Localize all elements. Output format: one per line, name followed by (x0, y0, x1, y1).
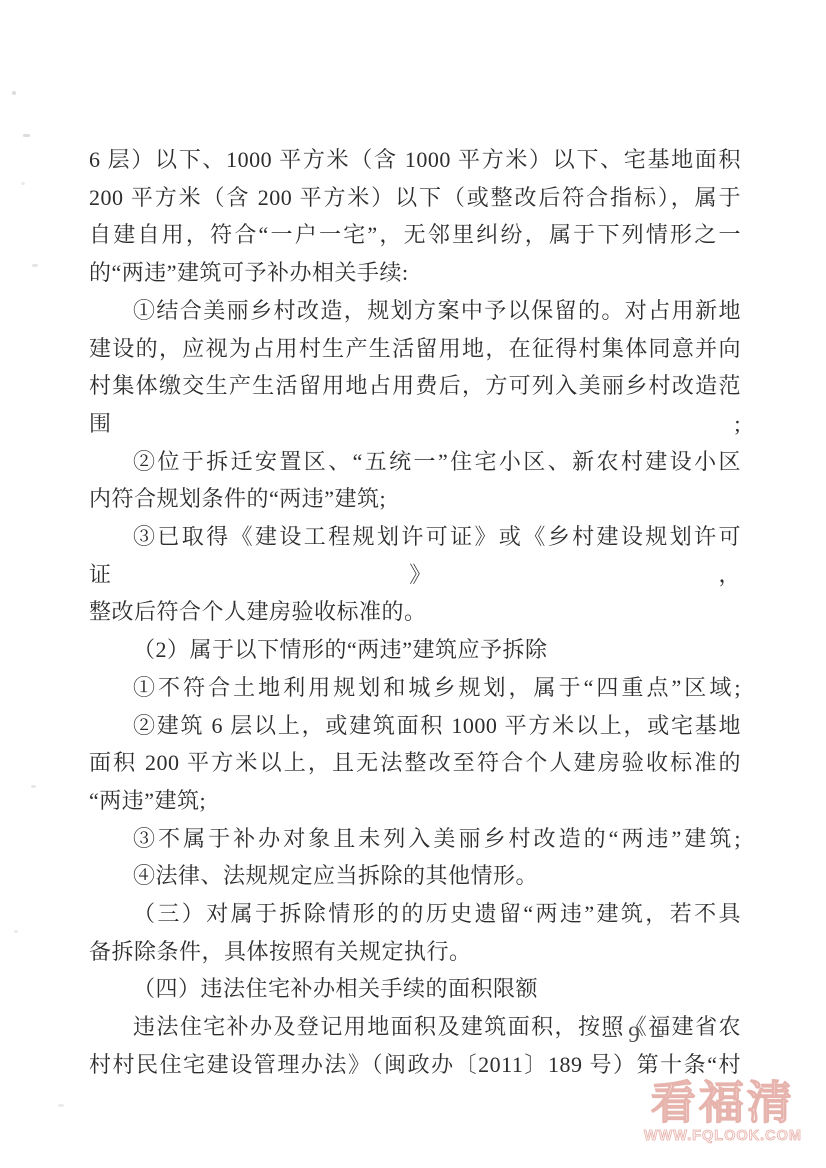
doc-line: 村村民住宅建设管理办法》（闽政办〔2011〕189 号）第十条“村 (89, 1046, 741, 1084)
doc-line: 的“两违”建筑可予补办相关手续: (89, 254, 741, 292)
scan-speck (730, 1066, 738, 1069)
doc-line: ①结合美丽乡村改造，规划方案中予以保留的。对占用新地 (89, 292, 741, 330)
doc-line: ③已取得《建设工程规划许可证》或《乡村建设规划许可证》， (89, 518, 741, 593)
doc-line: ②位于拆迁安置区、“五统一”住宅小区、新农村建设小区 (89, 443, 741, 481)
page-number: – 9 – (605, 1022, 666, 1048)
doc-line: ①不符合土地利用规划和城乡规划，属于“四重点”区域; (89, 669, 741, 707)
scan-speck (23, 134, 30, 137)
doc-line: 200 平方米（含 200 平方米）以下（或整改后符合指标），属于 (89, 179, 741, 217)
scan-speck (31, 785, 36, 788)
doc-line: ④法律、法规规定应当拆除的其他情形。 (89, 857, 741, 895)
scan-speck (32, 264, 38, 267)
doc-line: 备拆除条件，具体按照有关规定执行。 (89, 933, 741, 971)
scan-speck (58, 1104, 64, 1107)
watermark-logo-text: 看福清 (644, 1080, 802, 1125)
scan-speck (21, 182, 25, 185)
document-body: 6 层）以下、1000 平方米（含 1000 平方米）以下、宅基地面积200 平… (89, 141, 741, 1084)
doc-line: 村集体缴交生产生活留用地占用费后，方可列入美丽乡村改造范围; (89, 367, 741, 442)
doc-line: 自建自用，符合“一户一宅”，无邻里纠纷，属于下列情形之一 (89, 216, 741, 254)
scanned-document-page: 6 层）以下、1000 平方米（含 1000 平方米）以下、宅基地面积200 平… (0, 0, 826, 1168)
doc-line: （2）属于以下情形的“两违”建筑应予拆除 (89, 631, 741, 669)
doc-line: 整改后符合个人建房验收标准的。 (89, 593, 741, 631)
watermark-url-text: WWW.FQLOOK.COM (644, 1128, 802, 1144)
doc-line: 面积 200 平方米以上，且无法整改至符合个人建房验收标准的 (89, 744, 741, 782)
doc-line: 建设的，应视为占用村生产生活留用地，在征得村集体同意并向 (89, 330, 741, 368)
watermark: 看福清 WWW.FQLOOK.COM (644, 1080, 802, 1144)
doc-line: （四）违法住宅补办相关手续的面积限额 (89, 970, 741, 1008)
doc-line: “两违”建筑; (89, 782, 741, 820)
doc-line: ③不属于补办对象且未列入美丽乡村改造的“两违”建筑; (89, 820, 741, 858)
doc-line: （三）对属于拆除情形的的历史遗留“两违”建筑，若不具 (89, 895, 741, 933)
doc-line: ②建筑 6 层以上，或建筑面积 1000 平方米以上，或宅基地 (89, 707, 741, 745)
scan-speck (12, 91, 16, 95)
scan-speck (14, 930, 18, 933)
doc-line: 内符合规划条件的“两违”建筑; (89, 480, 741, 518)
doc-line: 6 层）以下、1000 平方米（含 1000 平方米）以下、宅基地面积 (89, 141, 741, 179)
